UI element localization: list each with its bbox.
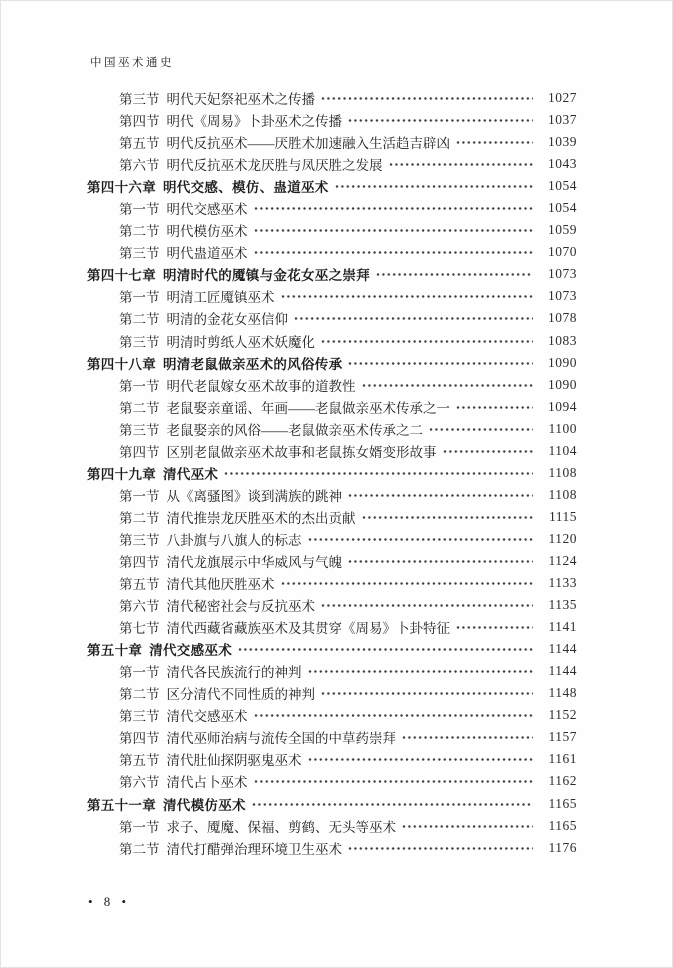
- toc-entry-page: 1157: [540, 729, 577, 745]
- toc-entry-page: 1090: [540, 355, 577, 371]
- dot-leader: [443, 450, 534, 453]
- toc-entry-page: 1078: [540, 310, 577, 326]
- toc-entry-page: 1141: [540, 619, 577, 635]
- toc-entry-title: 明代交感、模仿、蛊道巫术: [163, 176, 329, 196]
- toc-entry-title: 明清时剪纸人巫术妖魔化: [167, 331, 316, 351]
- toc-entry-title: 明代反抗巫术龙厌胜与凤厌胜之发展: [167, 154, 383, 174]
- toc-entry-label: 第三节: [119, 331, 160, 351]
- dot-leader: [376, 273, 533, 276]
- toc-entry-page: 1070: [540, 244, 577, 260]
- toc-entry-page: 1059: [540, 222, 577, 238]
- toc-row-section: 第二节 区分清代不同性质的神判 1148: [87, 682, 577, 704]
- dot-leader: [402, 736, 533, 739]
- toc-entry-title: 明清时代的魇镇与金花女巫之崇拜: [163, 264, 370, 284]
- dot-leader: [252, 803, 533, 806]
- toc-entry-page: 1133: [540, 575, 577, 591]
- toc-row-section: 第四节 明代《周易》卜卦巫术之传播 1037: [87, 109, 577, 131]
- toc-entry-page: 1120: [540, 531, 577, 547]
- toc-entry-page: 1054: [540, 178, 577, 194]
- dot-leader: [254, 780, 534, 783]
- toc-entry-label: 第五十一章: [87, 794, 156, 814]
- dot-leader: [308, 670, 534, 673]
- toc-entry-label: 第五节: [119, 132, 160, 152]
- toc-row-section: 第一节 求子、魇魔、保福、剪鹤、无头等巫术 1165: [87, 815, 577, 837]
- toc-row-section: 第二节 清代推崇龙厌胜巫术的杰出贡献 1115: [87, 506, 577, 528]
- toc-entry-label: 第七节: [119, 617, 160, 637]
- toc-entry-label: 第一节: [119, 286, 160, 306]
- toc-entry-title: 清代交感巫术: [149, 639, 232, 659]
- toc-entry-title: 明清的金花女巫信仰: [167, 308, 289, 328]
- toc-row-section: 第六节 清代秘密社会与反抗巫术 1135: [87, 594, 577, 616]
- toc-entry-label: 第五十章: [87, 639, 142, 659]
- toc-entry-title: 明代交感巫术: [167, 198, 248, 218]
- toc-row-section: 第二节 明清的金花女巫信仰 1078: [87, 307, 577, 329]
- toc-entry-label: 第一节: [119, 375, 160, 395]
- dot-leader: [429, 428, 533, 431]
- toc-entry-page: 1094: [540, 399, 577, 415]
- toc-row-section: 第一节 明代老鼠嫁女巫术故事的道教性 1090: [87, 374, 577, 396]
- toc-row-section: 第一节 从《离骚图》谈到满族的跳神 1108: [87, 484, 577, 506]
- toc-entry-title: 区别老鼠做亲巫术故事和老鼠拣女婿变形故事: [167, 441, 437, 461]
- toc-entry-title: 清代交感巫术: [167, 705, 248, 725]
- toc-entry-label: 第三节: [119, 529, 160, 549]
- toc-row-section: 第五节 清代肚仙探阴驱鬼巫术 1161: [87, 748, 577, 770]
- dot-leader: [348, 560, 533, 563]
- toc-entry-page: 1027: [540, 90, 577, 106]
- toc-entry-title: 清代占卜巫术: [167, 771, 248, 791]
- dot-leader: [254, 207, 534, 210]
- toc-entry-title: 清代巫师治病与流传全国的中草药崇拜: [167, 727, 397, 747]
- toc-entry-page: 1165: [540, 818, 577, 834]
- folio-page-number: • 8 •: [88, 894, 130, 910]
- toc-entry-page: 1043: [540, 156, 577, 172]
- toc-row-section: 第四节 区别老鼠做亲巫术故事和老鼠拣女婿变形故事 1104: [87, 440, 577, 462]
- toc-entry-page: 1104: [540, 443, 577, 459]
- toc-entry-page: 1090: [540, 377, 577, 393]
- toc-entry-page: 1108: [540, 487, 577, 503]
- toc-entry-title: 清代打醋弹治理环境卫生巫术: [167, 838, 343, 858]
- toc-row-section: 第二节 老鼠娶亲童谣、年画——老鼠做亲巫术传承之一 1094: [87, 396, 577, 418]
- toc-row-chapter: 第四十七章 明清时代的魇镇与金花女巫之崇拜 1073: [87, 263, 577, 285]
- toc-row-section: 第七节 清代西藏省藏族巫术及其贯穿《周易》卜卦特征 1141: [87, 616, 577, 638]
- dot-leader: [321, 692, 533, 695]
- toc-entry-label: 第三节: [119, 419, 160, 439]
- toc-entry-title: 八卦旗与八旗人的标志: [167, 529, 302, 549]
- running-header-book-title: 中国巫术通史: [90, 54, 174, 70]
- toc-row-section: 第一节 明代交感巫术 1054: [87, 197, 577, 219]
- toc-entry-title: 明代天妃祭祀巫术之传播: [167, 88, 316, 108]
- toc-entry-title: 老鼠娶亲童谣、年画——老鼠做亲巫术传承之一: [167, 397, 451, 417]
- toc-entry-page: 1148: [540, 685, 577, 701]
- dot-leader: [308, 538, 534, 541]
- toc-entry-title: 区分清代不同性质的神判: [167, 683, 316, 703]
- dot-leader: [402, 825, 533, 828]
- dot-leader: [348, 494, 533, 497]
- toc-row-section: 第三节 清代交感巫术 1152: [87, 704, 577, 726]
- toc-row-section: 第六节 明代反抗巫术龙厌胜与凤厌胜之发展 1043: [87, 153, 577, 175]
- toc-entry-label: 第二节: [119, 308, 160, 328]
- toc-entry-title: 求子、魇魔、保福、剪鹤、无头等巫术: [167, 816, 397, 836]
- toc-entry-title: 从《离骚图》谈到满族的跳神: [167, 485, 343, 505]
- toc-row-chapter: 第四十九章 清代巫术 1108: [87, 462, 577, 484]
- toc-entry-page: 1176: [540, 840, 577, 856]
- toc-entry-title: 明代模仿巫术: [167, 220, 248, 240]
- toc-entry-title: 明代《周易》卜卦巫术之传播: [167, 110, 343, 130]
- dot-leader: [254, 229, 534, 232]
- toc-entry-page: 1165: [540, 796, 577, 812]
- toc-row-section: 第三节 明代天妃祭祀巫术之传播 1027: [87, 87, 577, 109]
- toc-entry-label: 第四十六章: [87, 176, 156, 196]
- toc-row-section: 第三节 明清时剪纸人巫术妖魔化 1083: [87, 330, 577, 352]
- toc-page: 中国巫术通史 第三节 明代天妃祭祀巫术之传播 1027 第四节 明代《周易》卜卦…: [0, 0, 673, 968]
- toc-entry-title: 明代老鼠嫁女巫术故事的道教性: [167, 375, 356, 395]
- toc-list: 第三节 明代天妃祭祀巫术之传播 1027 第四节 明代《周易》卜卦巫术之传播 1…: [87, 87, 577, 859]
- toc-row-section: 第五节 明代反抗巫术——厌胜术加速融入生活趋吉辟凶 1039: [87, 131, 577, 153]
- toc-row-section: 第三节 老鼠娶亲的风俗——老鼠做亲巫术传承之二 1100: [87, 418, 577, 440]
- dot-leader: [254, 251, 534, 254]
- toc-entry-label: 第一节: [119, 661, 160, 681]
- toc-entry-label: 第四节: [119, 441, 160, 461]
- toc-entry-title: 清代巫术: [163, 463, 218, 483]
- toc-entry-label: 第二节: [119, 220, 160, 240]
- toc-entry-page: 1152: [540, 707, 577, 723]
- toc-entry-label: 第一节: [119, 485, 160, 505]
- toc-entry-title: 清代肚仙探阴驱鬼巫术: [167, 749, 302, 769]
- toc-entry-page: 1054: [540, 200, 577, 216]
- toc-entry-label: 第二节: [119, 507, 160, 527]
- toc-entry-label: 第三节: [119, 705, 160, 725]
- dot-leader: [362, 384, 534, 387]
- toc-row-section: 第三节 明代蛊道巫术 1070: [87, 241, 577, 263]
- dot-leader: [456, 141, 533, 144]
- toc-entry-label: 第四节: [119, 551, 160, 571]
- dot-leader: [389, 163, 534, 166]
- toc-row-section: 第四节 清代巫师治病与流传全国的中草药崇拜 1157: [87, 726, 577, 748]
- toc-entry-label: 第四十九章: [87, 463, 156, 483]
- dot-leader: [335, 185, 533, 188]
- toc-entry-page: 1039: [540, 134, 577, 150]
- toc-entry-title: 老鼠娶亲的风俗——老鼠做亲巫术传承之二: [167, 419, 424, 439]
- dot-leader: [456, 626, 533, 629]
- toc-row-section: 第一节 明清工匠魇镇巫术 1073: [87, 285, 577, 307]
- toc-entry-label: 第二节: [119, 683, 160, 703]
- toc-row-section: 第一节 清代各民族流行的神判 1144: [87, 660, 577, 682]
- dot-leader: [348, 362, 533, 365]
- toc-row-chapter: 第四十六章 明代交感、模仿、蛊道巫术 1054: [87, 175, 577, 197]
- dot-leader: [308, 758, 534, 761]
- toc-entry-label: 第一节: [119, 816, 160, 836]
- toc-entry-label: 第四十八章: [87, 353, 156, 373]
- toc-row-chapter: 第五十一章 清代模仿巫术 1165: [87, 793, 577, 815]
- dot-leader: [254, 714, 534, 717]
- dot-leader: [348, 119, 533, 122]
- toc-entry-page: 1073: [540, 288, 577, 304]
- toc-entry-label: 第一节: [119, 198, 160, 218]
- toc-entry-title: 明代蛊道巫术: [167, 242, 248, 262]
- toc-entry-label: 第四节: [119, 110, 160, 130]
- dot-leader: [321, 604, 533, 607]
- toc-entry-page: 1162: [540, 773, 577, 789]
- toc-entry-page: 1037: [540, 112, 577, 128]
- toc-entry-page: 1115: [540, 509, 577, 525]
- toc-entry-title: 清代模仿巫术: [163, 794, 246, 814]
- toc-entry-page: 1135: [540, 597, 577, 613]
- toc-entry-label: 第五节: [119, 749, 160, 769]
- toc-entry-label: 第三节: [119, 88, 160, 108]
- toc-entry-title: 清代其他厌胜巫术: [167, 573, 275, 593]
- dot-leader: [238, 648, 533, 651]
- toc-row-section: 第二节 清代打醋弹治理环境卫生巫术 1176: [87, 837, 577, 859]
- toc-entry-page: 1100: [540, 421, 577, 437]
- toc-entry-label: 第六节: [119, 771, 160, 791]
- toc-entry-title: 清代龙旗展示中华威风与气魄: [167, 551, 343, 571]
- dot-leader: [348, 847, 533, 850]
- toc-entry-label: 第三节: [119, 242, 160, 262]
- toc-entry-page: 1144: [540, 641, 577, 657]
- toc-entry-title: 清代西藏省藏族巫术及其贯穿《周易》卜卦特征: [167, 617, 451, 637]
- toc-entry-page: 1124: [540, 553, 577, 569]
- toc-entry-title: 明清工匠魇镇巫术: [167, 286, 275, 306]
- toc-entry-label: 第六节: [119, 154, 160, 174]
- toc-entry-title: 清代推崇龙厌胜巫术的杰出贡献: [167, 507, 356, 527]
- toc-entry-label: 第二节: [119, 397, 160, 417]
- toc-row-section: 第四节 清代龙旗展示中华威风与气魄 1124: [87, 550, 577, 572]
- dot-leader: [321, 340, 533, 343]
- toc-row-section: 第五节 清代其他厌胜巫术 1133: [87, 572, 577, 594]
- toc-entry-title: 清代秘密社会与反抗巫术: [167, 595, 316, 615]
- toc-entry-label: 第六节: [119, 595, 160, 615]
- dot-leader: [456, 406, 533, 409]
- toc-entry-page: 1161: [540, 751, 577, 767]
- toc-entry-label: 第四节: [119, 727, 160, 747]
- toc-entry-page: 1073: [540, 266, 577, 282]
- dot-leader: [281, 582, 534, 585]
- toc-entry-page: 1144: [540, 663, 577, 679]
- toc-entry-page: 1083: [540, 333, 577, 349]
- toc-entry-page: 1108: [540, 465, 577, 481]
- dot-leader: [321, 97, 533, 100]
- toc-row-chapter: 第四十八章 明清老鼠做亲巫术的风俗传承 1090: [87, 352, 577, 374]
- toc-entry-title: 明清老鼠做亲巫术的风俗传承: [163, 353, 342, 373]
- dot-leader: [224, 472, 533, 475]
- toc-row-section: 第二节 明代模仿巫术 1059: [87, 219, 577, 241]
- toc-entry-label: 第五节: [119, 573, 160, 593]
- dot-leader: [362, 516, 534, 519]
- dot-leader: [294, 317, 533, 320]
- toc-row-chapter: 第五十章 清代交感巫术 1144: [87, 638, 577, 660]
- dot-leader: [281, 295, 534, 298]
- toc-entry-label: 第四十七章: [87, 264, 156, 284]
- toc-entry-title: 明代反抗巫术——厌胜术加速融入生活趋吉辟凶: [167, 132, 451, 152]
- toc-row-section: 第三节 八卦旗与八旗人的标志 1120: [87, 528, 577, 550]
- toc-entry-label: 第二节: [119, 838, 160, 858]
- toc-row-section: 第六节 清代占卜巫术 1162: [87, 770, 577, 792]
- toc-entry-title: 清代各民族流行的神判: [167, 661, 302, 681]
